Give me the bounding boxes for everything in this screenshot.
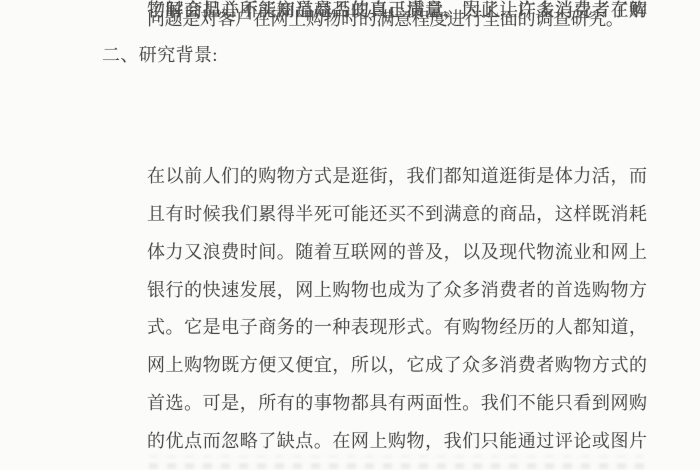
text-line: 首选。可是，所有的事物都具有两面性。我们不能只看到网购 bbox=[147, 393, 647, 414]
clipped-next-line-ghost bbox=[149, 463, 647, 469]
text-line: 且有时候我们累得半死可能还买不到满意的商品，这样既消耗 bbox=[147, 204, 647, 225]
text-line: 物时会担心所买商品是否使自己满意。为了让广大消费者了解 bbox=[147, 0, 647, 21]
text-line: 在以前人们的购物方式是逛街，我们都知道逛街是体力活，而 bbox=[147, 166, 647, 187]
text-line: 的优点而忽略了缺点。在网上购物，我们只能通过评论或图片 bbox=[147, 431, 647, 452]
clipped-next-line-ghost bbox=[149, 455, 647, 458]
text-line: 式。它是电子商务的一种表现形式。有购物经历的人都知道， bbox=[147, 317, 647, 338]
text-line: 网上购物既方便又便宜，所以，它成了众多消费者购物方式的 bbox=[147, 355, 647, 376]
text-line: 银行的快速发展，网上购物也成为了众多消费者的首选购物方 bbox=[147, 280, 647, 301]
section-heading-research-background: 二、研究背景: bbox=[102, 44, 218, 66]
scanned-document-page: 问题是对客户在网上购物时的满意程度进行全面的调查研究。 二、研究背景: 在以前人… bbox=[0, 0, 700, 470]
text-line: 体力又浪费时间。随着互联网的普及，以及现代物流业和网上 bbox=[147, 242, 647, 263]
